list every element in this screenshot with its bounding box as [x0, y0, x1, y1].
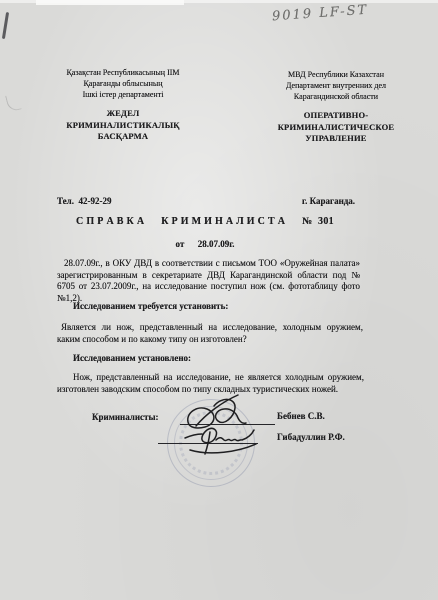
- ministry-line-ru: МВД Республики Казахстан: [250, 70, 422, 81]
- scanned-document-page: 9019 LF-ST Қазақстан Республикасының ІІМ…: [0, 0, 438, 600]
- ministry-line-kk: Қазақстан Республикасының ІІМ: [32, 68, 214, 79]
- answer-heading: Исследованием установлено:: [73, 352, 191, 364]
- org-name-ru: ОПЕРАТИВНО- КРИМИНАЛИСТИЧЕСКОЕ УПРАВЛЕНИ…: [250, 110, 422, 145]
- question-heading: Исследованием требуется установить:: [73, 300, 228, 312]
- signature-2-scribble: [185, 428, 256, 454]
- signatories-label: Криминалисты:: [92, 412, 158, 423]
- city-label: г. Караганда.: [302, 196, 355, 207]
- handwritten-annotation: 9019 LF-ST: [272, 3, 369, 25]
- signatory-name-2: Гибадуллин Р.Ф.: [277, 432, 345, 443]
- intro-paragraph: 28.07.09г., в ОКУ ДВД в соответствии с п…: [57, 258, 360, 304]
- phone-number: Тел. 42-92-29: [57, 196, 111, 207]
- pen-mark-artifact: [2, 12, 9, 39]
- signature-1-scribble: [188, 395, 246, 428]
- document-date: от 28.07.09г.: [0, 239, 410, 250]
- region-line-ru: Карагандинской области: [250, 92, 422, 103]
- header-right-column: МВД Республики Казахстан Департамент вну…: [250, 70, 422, 145]
- scan-white-strip: [36, 0, 184, 5]
- question-paragraph: Является ли нож, представленный на иссле…: [57, 322, 363, 345]
- signatory-name-1: Бебнев С.В.: [277, 411, 325, 422]
- document-title: С П Р А В К А К Р И М И Н А Л И С Т А № …: [0, 216, 410, 228]
- scratch-artifact: [5, 93, 22, 113]
- handwritten-signatures: [150, 388, 290, 468]
- region-line-kk: Қарағанды облысының: [32, 79, 214, 90]
- org-name-kk: ЖЕДЕЛ КРИМИНАЛИСТИКАЛЫҚ БАСҚАРМА: [32, 108, 214, 143]
- department-line-kk: Ішкі істер департаменті: [32, 90, 214, 101]
- header-left-column: Қазақстан Республикасының ІІМ Қарағанды …: [32, 68, 214, 143]
- department-line-ru: Департамент внутренних дел: [250, 81, 422, 92]
